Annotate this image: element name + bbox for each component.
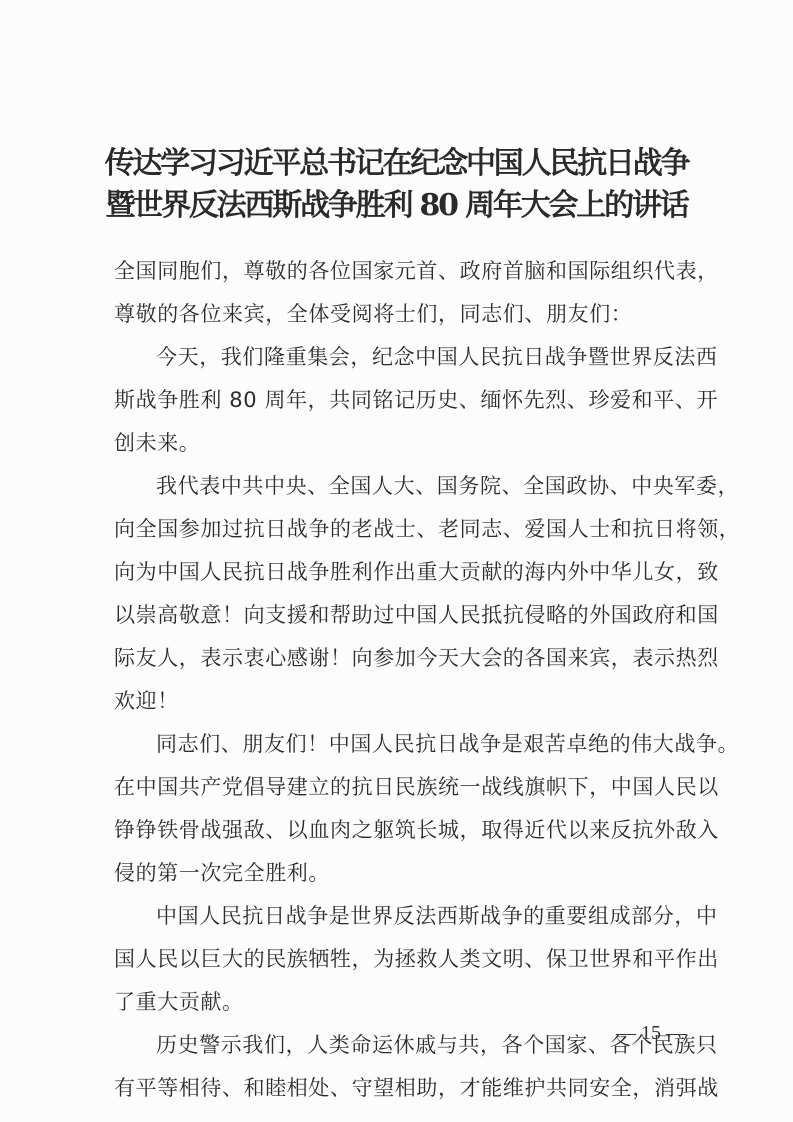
paragraph-5-line-1: 历史警示我们，人类命运休戚与共，各个国家、各个民族只 — [156, 1031, 684, 1059]
paragraph-3-line-1: 同志们、朋友们！中国人民抗日战争是艰苦卓绝的伟大战争。 — [156, 730, 684, 758]
paragraph-3-line-4: 侵的第一次完全胜利。 — [114, 859, 684, 887]
paragraph-1-line-1: 今天，我们隆重集会，纪念中国人民抗日战争暨世界反法西 — [156, 343, 684, 371]
document-page: 传达学习习近平总书记在纪念中国人民抗日战争 暨世界反法西斯战争胜利 80 周年大… — [0, 0, 793, 1122]
document-title-line-1: 传达学习习近平总书记在纪念中国人民抗日战争 — [0, 138, 793, 182]
paragraph-2-line-3: 向为中国人民抗日战争胜利作出重大贡献的海内外中华儿女，致 — [114, 558, 684, 586]
paragraph-2-line-1: 我代表中共中央、全国人大、国务院、全国政协、中央军委， — [156, 472, 684, 500]
salutation-line-2: 尊敬的各位来宾，全体受阅将士们，同志们、朋友们： — [114, 300, 684, 328]
paragraph-2-line-4: 以崇高敬意！向支援和帮助过中国人民抵抗侵略的外国政府和国 — [114, 601, 684, 629]
page-number: — 15 — — [616, 1022, 686, 1045]
paragraph-4-line-3: 了重大贡献。 — [114, 988, 684, 1016]
paragraph-2-line-5: 际友人，表示衷心感谢！向参加今天大会的各国来宾，表示热烈 — [114, 644, 684, 672]
paragraph-4-line-2: 国人民以巨大的民族牺牲，为拯救人类文明、保卫世界和平作出 — [114, 945, 684, 973]
paragraph-3-line-2: 在中国共产党倡导建立的抗日民族统一战线旗帜下，中国人民以 — [114, 773, 684, 801]
paragraph-2-line-2: 向全国参加过抗日战争的老战士、老同志、爱国人士和抗日将领， — [114, 515, 684, 543]
paragraph-3-line-3: 铮铮铁骨战强敌、以血肉之躯筑长城，取得近代以来反抗外敌入 — [114, 816, 684, 844]
paragraph-1-line-3: 创未来。 — [114, 429, 684, 457]
paragraph-1-line-2: 斯战争胜利 80 周年，共同铭记历史、缅怀先烈、珍爱和平、开 — [114, 386, 684, 414]
paragraph-2-line-6: 欢迎！ — [114, 687, 684, 715]
salutation-line-1: 全国同胞们，尊敬的各位国家元首、政府首脑和国际组织代表， — [114, 257, 684, 285]
paragraph-4-line-1: 中国人民抗日战争是世界反法西斯战争的重要组成部分，中 — [156, 902, 684, 930]
document-title-line-2: 暨世界反法西斯战争胜利 80 周年大会上的讲话 — [0, 180, 793, 224]
paragraph-5-line-2: 有平等相待、和睦相处、守望相助，才能维护共同安全，消弭战 — [114, 1074, 684, 1102]
